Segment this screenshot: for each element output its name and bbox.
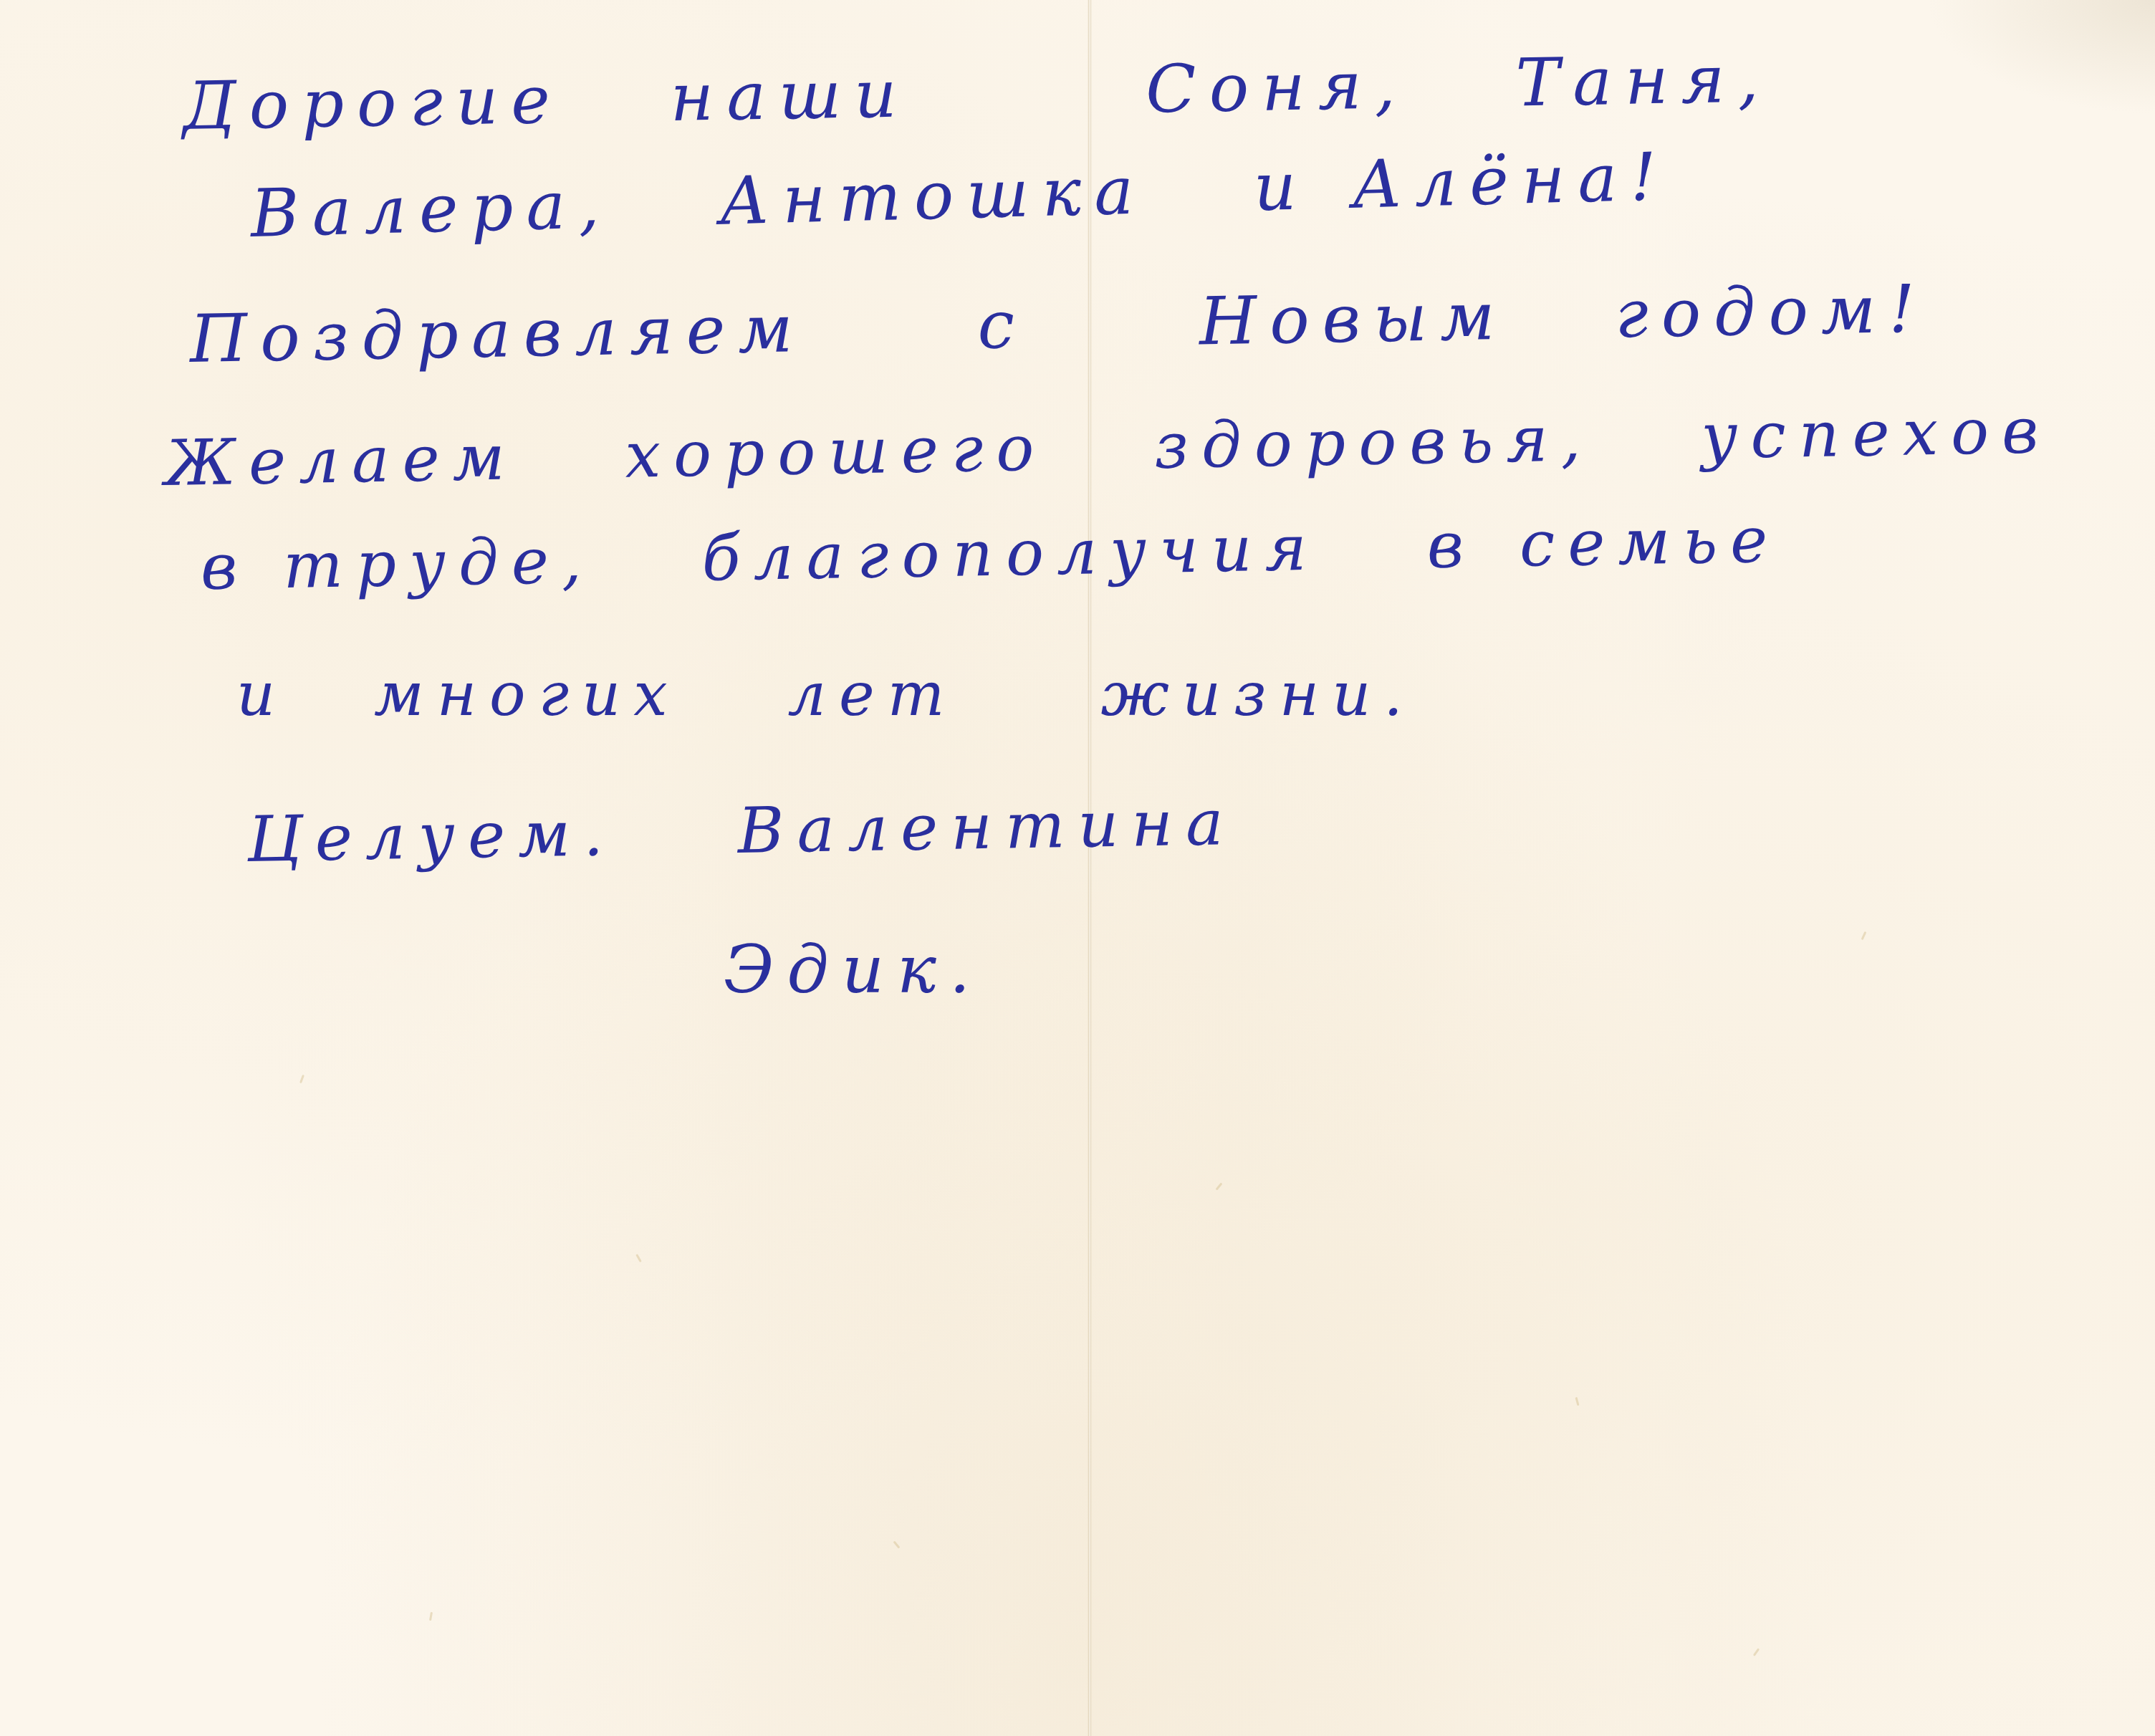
handwritten-word: Новым bbox=[1199, 278, 1508, 360]
handwritten-word: лет bbox=[788, 659, 958, 729]
salutation-line: ДорогиенашиСоня,Таня, bbox=[182, 39, 1880, 145]
signature-name: Эдик. bbox=[724, 931, 983, 1008]
signature-name: Валентина bbox=[737, 785, 1237, 868]
handwritten-word: многих bbox=[374, 659, 680, 729]
worn-corner bbox=[1926, 0, 2155, 115]
congratulation-line: ПоздравляемсНовымгодом! bbox=[189, 269, 2036, 378]
recipient-name: Валера, bbox=[250, 166, 613, 252]
paper-fiber bbox=[1753, 1648, 1760, 1656]
handwritten-word: Дорогие bbox=[182, 62, 563, 145]
recipient-name: Алёна! bbox=[1351, 138, 1671, 224]
handwritten-word: семье bbox=[1519, 503, 1781, 581]
paper-fiber bbox=[1215, 1182, 1222, 1190]
recipient-name: Антошка bbox=[719, 152, 1147, 240]
handwritten-word: здоровья, bbox=[1153, 401, 1594, 483]
recipient-name: Таня, bbox=[1515, 40, 1772, 121]
handwritten-word: благополучия bbox=[701, 511, 1320, 595]
handwritten-word: в bbox=[1426, 508, 1477, 582]
recipients-line: Валера,АнтошкаиАлёна! bbox=[250, 135, 1778, 252]
center-fold-crease bbox=[1088, 0, 1092, 1736]
handwritten-word: Поздравляем bbox=[189, 290, 806, 378]
signature-line: Эдик. bbox=[724, 931, 1090, 1008]
handwritten-word: годом! bbox=[1614, 271, 1929, 353]
paper-fiber bbox=[1575, 1397, 1579, 1406]
closing-word: Целуем. bbox=[246, 796, 617, 876]
wishes-line-3: имногихлетжизни. bbox=[236, 659, 1523, 729]
handwritten-word: наши bbox=[670, 55, 911, 136]
greeting-card: ДорогиенашиСоня,Таня, Валера,АнтошкаиАлё… bbox=[0, 0, 2155, 1736]
handwritten-word: успехов bbox=[1701, 393, 2053, 474]
handwritten-word: Желаем bbox=[164, 420, 518, 500]
handwritten-word: жизни. bbox=[1100, 659, 1416, 729]
paper-fiber bbox=[893, 1540, 900, 1548]
handwritten-word: и bbox=[236, 659, 288, 729]
handwritten-word: с bbox=[977, 287, 1028, 364]
recipient-name: Соня, bbox=[1145, 47, 1408, 128]
paper-fiber bbox=[429, 1612, 433, 1621]
paper-fiber bbox=[635, 1254, 642, 1262]
paper-fiber bbox=[299, 1075, 304, 1083]
handwritten-word: и bbox=[1252, 148, 1310, 226]
wishes-line-2: в труде,благополучиявсемье bbox=[200, 501, 1888, 604]
handwritten-word: хорошего bbox=[624, 411, 1047, 492]
handwritten-word: в труде, bbox=[200, 523, 595, 604]
closing-line: Целуем.Валентина bbox=[246, 783, 1344, 876]
wishes-line-1: Желаемхорошегоздоровья,успехов bbox=[164, 391, 2155, 500]
paper-fiber bbox=[1861, 931, 1867, 940]
